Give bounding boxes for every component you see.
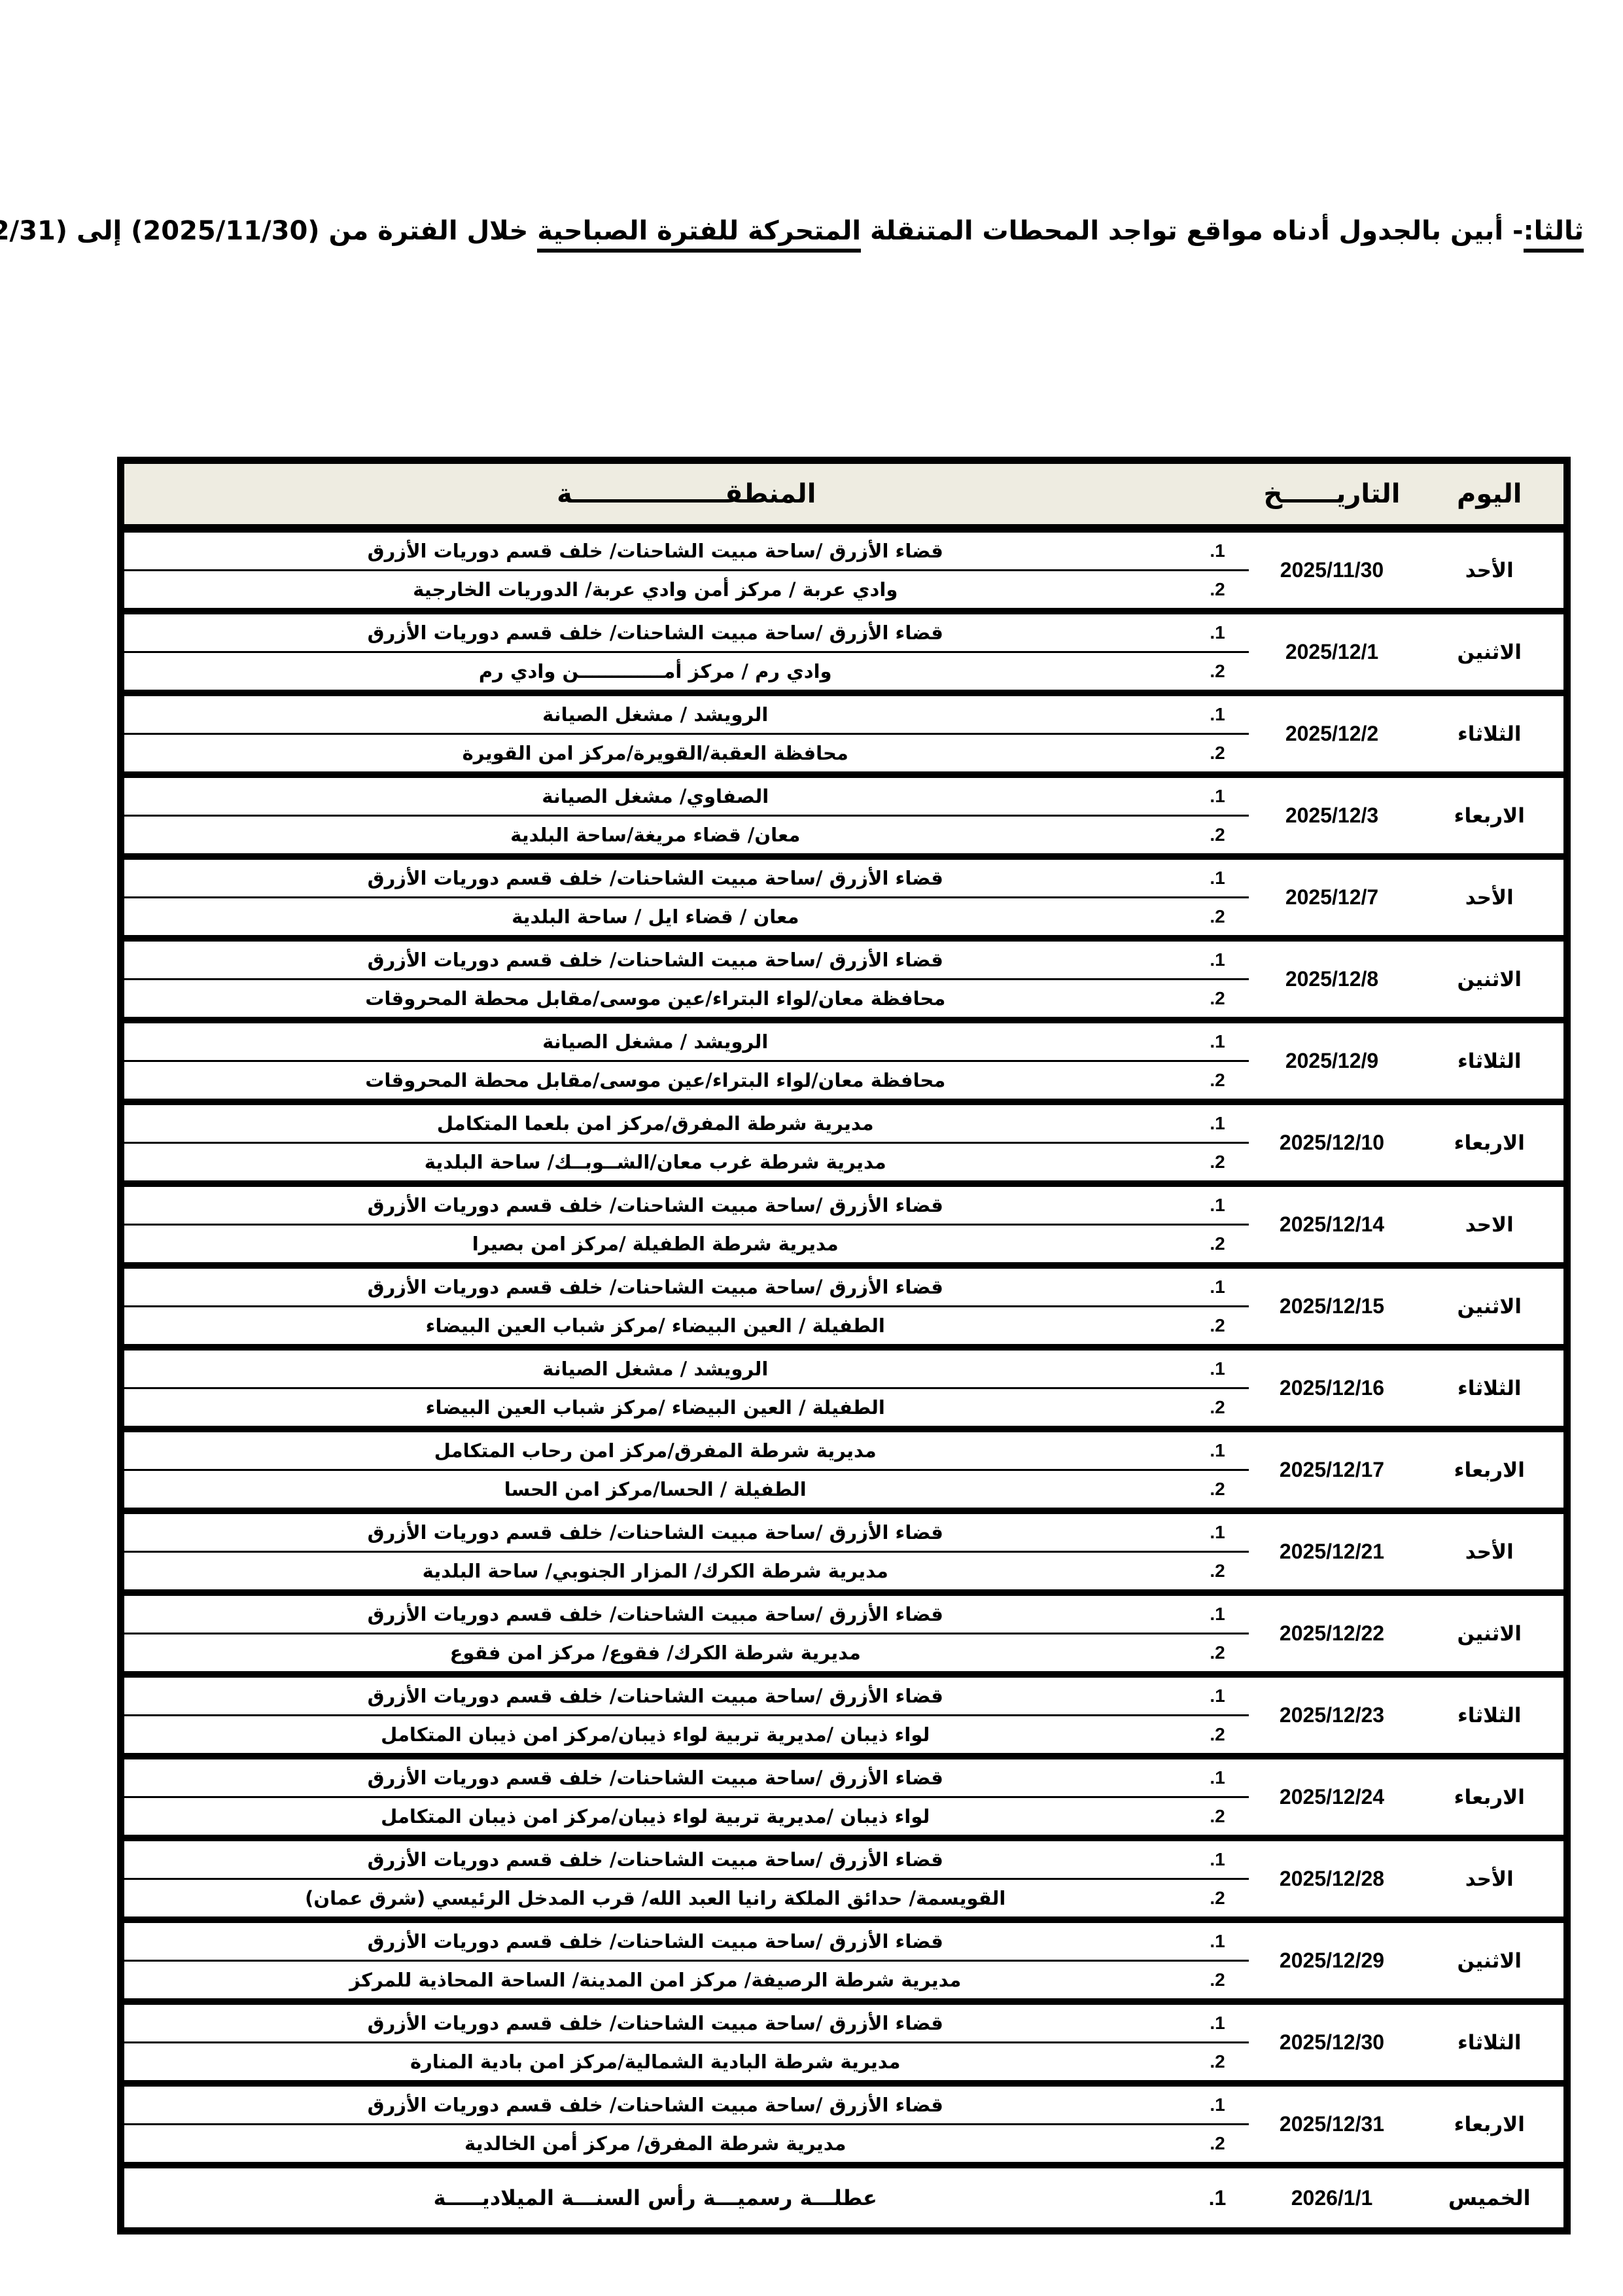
area-cell: قضاء الأزرق /ساحة مبيت الشاحنات/ خلف قسم… (121, 611, 1187, 652)
area-cell: مديرية شرطة المفرق/مركز امن بلعما المتكا… (121, 1102, 1187, 1143)
schedule-row: الاربعاء2025/12/3.1الصفاوي/ مشغل الصيانة (121, 775, 1567, 816)
date-cell: 2025/12/10 (1249, 1102, 1416, 1184)
row-number-cell: .1 (1187, 1511, 1249, 1552)
schedule-row: الاحد2025/12/14.1قضاء الأزرق /ساحة مبيت … (121, 1184, 1567, 1225)
date-cell: 2025/12/22 (1249, 1593, 1416, 1674)
schedule-row: الثلاثاء2025/12/30.1قضاء الأزرق /ساحة مب… (121, 2002, 1567, 2043)
day-cell: الثلاثاء (1416, 1347, 1567, 1429)
date-cell: 2025/12/28 (1249, 1838, 1416, 1920)
area-cell: قضاء الأزرق /ساحة مبيت الشاحنات/ خلف قسم… (121, 2083, 1187, 2125)
day-cell: الاثنين (1416, 1593, 1567, 1674)
row-number-cell-text: .2 (1210, 1888, 1225, 1908)
area-cell-text: قضاء الأزرق /ساحة مبيت الشاحنات/ خلف قسم… (368, 1194, 943, 1216)
area-cell: مديرية شرطة المفرق/ مركز أمن الخالدية (121, 2125, 1187, 2166)
date-cell-text: 2025/12/17 (1280, 1458, 1384, 1481)
schedule-table-body: الأحد2025/11/30.1قضاء الأزرق /ساحة مبيت … (121, 529, 1567, 2231)
area-cell: قضاء الأزرق /ساحة مبيت الشاحنات/ خلف قسم… (121, 938, 1187, 980)
area-cell: قضاء الأزرق /ساحة مبيت الشاحنات/ خلف قسم… (121, 529, 1187, 571)
day-cell-text: الاربعاء (1454, 1131, 1525, 1155)
day-cell: الثلاثاء (1416, 1674, 1567, 1756)
row-number-cell: .1 (1187, 1838, 1249, 1879)
row-number-cell-text: .1 (1210, 2013, 1225, 2033)
day-cell-text: الأحد (1465, 886, 1514, 910)
area-cell-text: لواء ذيبان /مديرية تربية لواء ذيبان/مركز… (381, 1805, 930, 1828)
date-cell-text: 2025/12/14 (1280, 1212, 1384, 1236)
header-date-text: التاريــــــخ (1264, 479, 1401, 509)
row-number-cell: .1 (1187, 857, 1249, 898)
area-cell-text: القويسمة/ حدائق الملكة رانيا العبد الله/… (305, 1887, 1005, 1909)
row-number-cell: .1 (1187, 1920, 1249, 1961)
row-number-cell: .2 (1187, 2043, 1249, 2084)
header-day-text: اليوم (1457, 479, 1522, 509)
schedule-row: الاربعاء2025/12/31.1قضاء الأزرق /ساحة مب… (121, 2083, 1567, 2125)
date-cell-text: 2025/12/22 (1280, 1621, 1384, 1645)
area-cell: مديرية شرطة الكرك/ المزار الجنوبي/ ساحة … (121, 1552, 1187, 1593)
area-cell-text: قضاء الأزرق /ساحة مبيت الشاحنات/ خلف قسم… (368, 540, 943, 562)
area-cell: الرويشد / مشغل الصيانة (121, 1020, 1187, 1061)
day-cell-text: الأحد (1465, 1867, 1514, 1891)
schedule-row: الخميس2026/1/1.1عطلـــة رسميـــة رأس الس… (121, 2165, 1567, 2231)
row-number-cell-text: .1 (1210, 1358, 1225, 1379)
row-number-cell: .2 (1187, 1225, 1249, 1266)
date-cell-text: 2025/12/8 (1285, 967, 1378, 991)
date-cell: 2025/12/17 (1249, 1429, 1416, 1511)
row-number-cell: .2 (1187, 816, 1249, 857)
schedule-row: الأحد2025/12/21.1قضاء الأزرق /ساحة مبيت … (121, 1511, 1567, 1552)
date-cell-text: 2025/12/31 (1280, 2112, 1384, 2136)
area-cell-text: الطفيلة / الحسا/مركز امن الحسا (504, 1478, 807, 1500)
day-cell-text: الاربعاء (1454, 2113, 1525, 2136)
area-cell: الطفيلة / الحسا/مركز امن الحسا (121, 1470, 1187, 1511)
day-cell: الاحد (1416, 1184, 1567, 1265)
row-number-cell: .1 (1187, 529, 1249, 571)
row-number-cell: .2 (1187, 1879, 1249, 1920)
row-number-cell-text: .1 (1210, 1277, 1225, 1297)
schedule-row: الاربعاء2025/12/17.1مديرية شرطة المفرق/م… (121, 1429, 1567, 1470)
area-cell: معان/ قضاء مريغة/ساحة البلدية (121, 816, 1187, 857)
date-cell-text: 2025/12/3 (1285, 804, 1378, 827)
row-number-cell: .2 (1187, 1470, 1249, 1511)
area-cell: مديرية شرطة البادية الشمالية/مركز امن با… (121, 2043, 1187, 2084)
row-number-cell: .2 (1187, 571, 1249, 612)
row-number-cell-text: .1 (1210, 622, 1225, 643)
row-number-cell: .1 (1187, 1347, 1249, 1388)
area-cell-text: لواء ذيبان /مديرية تربية لواء ذيبان/مركز… (381, 1723, 930, 1746)
area-cell: قضاء الأزرق /ساحة مبيت الشاحنات/ خلف قسم… (121, 2002, 1187, 2043)
date-cell-text: 2025/12/7 (1285, 885, 1378, 909)
area-cell: محافظة معان/لواء البتراء/عين موسى/مقابل … (121, 980, 1187, 1021)
row-number-cell-text: .1 (1210, 949, 1225, 970)
date-cell-text: 2025/12/24 (1280, 1785, 1384, 1809)
row-number-cell-text: .1 (1210, 1113, 1225, 1133)
area-cell: عطلـــة رسميـــة رأس السنـــة الميلاديــ… (121, 2165, 1187, 2231)
date-cell: 2025/12/30 (1249, 2002, 1416, 2083)
row-number-cell: .2 (1187, 1797, 1249, 1839)
date-cell: 2025/12/14 (1249, 1184, 1416, 1265)
day-cell: الأحد (1416, 857, 1567, 938)
day-cell: الاربعاء (1416, 2083, 1567, 2165)
area-cell: وادي رم / مركز أمـــــــــــــن وادي رم (121, 652, 1187, 694)
row-number-cell-text: .1 (1210, 704, 1225, 724)
date-cell: 2025/12/8 (1249, 938, 1416, 1020)
row-number-cell-text: .1 (1210, 1195, 1225, 1215)
area-cell-text: مديرية شرطة المفرق/مركز امن رحاب المتكام… (434, 1439, 877, 1462)
date-cell-text: 2025/12/9 (1285, 1049, 1378, 1072)
area-cell: مديرية شرطة الرصيفة/ مركز امن المدينة/ ا… (121, 1961, 1187, 2002)
row-number-cell: .1 (1187, 938, 1249, 980)
area-cell-text: قضاء الأزرق /ساحة مبيت الشاحنات/ خلف قسم… (368, 1767, 943, 1789)
date-cell-text: 2025/12/30 (1280, 2030, 1384, 2054)
date-cell: 2025/12/15 (1249, 1265, 1416, 1347)
row-number-cell: .1 (1187, 1020, 1249, 1061)
day-cell: الأحد (1416, 529, 1567, 612)
date-cell: 2025/12/2 (1249, 693, 1416, 775)
date-cell-text: 2025/12/23 (1280, 1703, 1384, 1727)
day-cell-text: الاثنين (1457, 641, 1522, 664)
day-cell: الاثنين (1416, 1920, 1567, 2002)
date-cell: 2025/12/1 (1249, 611, 1416, 693)
day-cell: الاربعاء (1416, 1429, 1567, 1511)
row-number-cell: .1 (1187, 2165, 1249, 2231)
row-number-cell: .2 (1187, 980, 1249, 1021)
area-cell-text: الرويشد / مشغل الصيانة (542, 1358, 768, 1380)
row-number-cell: .1 (1187, 1265, 1249, 1307)
day-cell-text: الثلاثاء (1457, 1704, 1522, 1727)
area-cell-text: مديرية شرطة المفرق/ مركز أمن الخالدية (464, 2132, 846, 2155)
date-cell: 2025/12/31 (1249, 2083, 1416, 2165)
schedule-row: الثلاثاء2025/12/16.1الرويشد / مشغل الصيا… (121, 1347, 1567, 1388)
schedule-row: الاثنين2025/12/29.1قضاء الأزرق /ساحة مبي… (121, 1920, 1567, 1961)
schedule-row: الأحد2025/12/28.1قضاء الأزرق /ساحة مبيت … (121, 1838, 1567, 1879)
row-number-cell-text: .2 (1210, 1152, 1225, 1172)
day-cell: الاثنين (1416, 1265, 1567, 1347)
area-cell-text: قضاء الأزرق /ساحة مبيت الشاحنات/ خلف قسم… (368, 1603, 943, 1625)
area-cell-text: الصفاوي/ مشغل الصيانة (542, 785, 769, 807)
row-number-cell-text: .1 (1210, 1440, 1225, 1460)
date-cell-text: 2025/12/15 (1280, 1294, 1384, 1318)
date-cell-text: 2025/12/1 (1285, 640, 1378, 663)
schedule-row: الأحد2025/11/30.1قضاء الأزرق /ساحة مبيت … (121, 529, 1567, 571)
date-cell: 2026/1/1 (1249, 2165, 1416, 2231)
date-cell-text: 2025/12/10 (1280, 1131, 1384, 1154)
row-number-cell: .1 (1187, 1756, 1249, 1797)
day-cell: الثلاثاء (1416, 693, 1567, 775)
row-number-cell: .2 (1187, 2125, 1249, 2166)
date-cell-text: 2025/11/30 (1280, 558, 1384, 582)
area-cell-text: الرويشد / مشغل الصيانة (542, 703, 768, 726)
schedule-row: الثلاثاء2025/12/2.1الرويشد / مشغل الصيان… (121, 693, 1567, 734)
schedule-row: الاثنين2025/12/15.1قضاء الأزرق /ساحة مبي… (121, 1265, 1567, 1307)
day-cell-text: الثلاثاء (1457, 722, 1522, 746)
date-cell: 2025/12/16 (1249, 1347, 1416, 1429)
row-number-cell-text: .2 (1210, 743, 1225, 763)
area-cell-text: مديرية شرطة الطفيلة /مركز امن بصيرا (472, 1233, 839, 1255)
area-cell: قضاء الأزرق /ساحة مبيت الشاحنات/ خلف قسم… (121, 1838, 1187, 1879)
area-cell: قضاء الأزرق /ساحة مبيت الشاحنات/ خلف قسم… (121, 1511, 1187, 1552)
date-cell: 2025/12/7 (1249, 857, 1416, 938)
day-cell-text: الاحد (1465, 1213, 1514, 1237)
area-cell-text: مديرية شرطة الرصيفة/ مركز امن المدينة/ ا… (349, 1969, 961, 1991)
day-cell-text: الاثنين (1457, 1295, 1522, 1318)
area-cell-text: محافظة معان/لواء البتراء/عين موسى/مقابل … (365, 987, 945, 1010)
area-cell: مديرية شرطة المفرق/مركز امن رحاب المتكام… (121, 1429, 1187, 1470)
row-number-cell-text: .1 (1210, 1604, 1225, 1624)
date-cell: 2025/12/29 (1249, 1920, 1416, 2002)
date-cell-text: 2025/12/16 (1280, 1376, 1384, 1400)
row-number-cell: .1 (1187, 693, 1249, 734)
area-cell: محافظة معان/لواء البتراء/عين موسى/مقابل … (121, 1061, 1187, 1103)
area-cell-text: قضاء الأزرق /ساحة مبيت الشاحنات/ خلف قسم… (368, 622, 943, 644)
area-cell-text: قضاء الأزرق /ساحة مبيت الشاحنات/ خلف قسم… (368, 1930, 943, 1952)
area-cell: الرويشد / مشغل الصيانة (121, 1347, 1187, 1388)
row-number-cell: .1 (1187, 1593, 1249, 1634)
header-date: التاريــــــخ (1249, 461, 1416, 529)
day-cell-text: الاثنين (1457, 1622, 1522, 1646)
date-cell: 2025/12/23 (1249, 1674, 1416, 1756)
row-number-cell: .2 (1187, 1388, 1249, 1430)
row-number-cell-text: .1 (1210, 1849, 1225, 1869)
day-cell: الاربعاء (1416, 775, 1567, 857)
area-cell: مديرية شرطة الطفيلة /مركز امن بصيرا (121, 1225, 1187, 1266)
day-cell-text: الاثنين (1457, 968, 1522, 991)
row-number-cell-text: .2 (1210, 824, 1225, 845)
header-day: اليوم (1416, 461, 1567, 529)
area-cell-text: الطفيلة / العين البيضاء /مركز شباب العين… (426, 1315, 885, 1337)
row-number-cell-text: .1 (1210, 1686, 1225, 1706)
row-number-cell: .2 (1187, 1552, 1249, 1593)
row-number-cell: .1 (1187, 611, 1249, 652)
row-number-cell: .2 (1187, 1307, 1249, 1348)
row-number-cell-text: .2 (1210, 1070, 1225, 1090)
area-cell-text: عطلـــة رسميـــة رأس السنـــة الميلاديــ… (434, 2185, 877, 2210)
area-cell-text: محافظة معان/لواء البتراء/عين موسى/مقابل … (365, 1069, 945, 1091)
row-number-cell-text: .1 (1210, 2094, 1225, 2115)
date-cell-text: 2025/12/21 (1280, 1540, 1384, 1563)
heading-intro-text: - أبين بالجدول أدناه مواقع تواجد المحطات… (861, 216, 1523, 246)
schedule-row: الاثنين2025/12/22.1قضاء الأزرق /ساحة مبي… (121, 1593, 1567, 1634)
area-cell: لواء ذيبان /مديرية تربية لواء ذيبان/مركز… (121, 1716, 1187, 1757)
day-cell-text: الاربعاء (1454, 1458, 1525, 1482)
row-number-cell-text: .2 (1210, 2133, 1225, 2153)
area-cell: قضاء الأزرق /ساحة مبيت الشاحنات/ خلف قسم… (121, 857, 1187, 898)
row-number-cell-text: .1 (1210, 1522, 1225, 1542)
row-number-cell-text: .1 (1210, 540, 1225, 561)
date-cell-text: 2025/12/29 (1280, 1949, 1384, 1972)
day-cell-text: الخميس (1448, 2185, 1531, 2210)
area-cell: قضاء الأزرق /ساحة مبيت الشاحنات/ خلف قسم… (121, 1674, 1187, 1716)
row-number-cell-text: .1 (1210, 868, 1225, 888)
area-cell: لواء ذيبان /مديرية تربية لواء ذيبان/مركز… (121, 1797, 1187, 1839)
day-cell-text: الأحد (1465, 1540, 1514, 1564)
area-cell-text: مديرية شرطة الكرك/ المزار الجنوبي/ ساحة … (423, 1560, 888, 1582)
row-number-cell-text: .2 (1210, 906, 1225, 927)
row-number-cell: .1 (1187, 2083, 1249, 2125)
area-cell: مديرية شرطة غرب معان/الشــوبــك/ ساحة ال… (121, 1143, 1187, 1184)
area-cell-text: الرويشد / مشغل الصيانة (542, 1031, 768, 1053)
area-cell-text: قضاء الأزرق /ساحة مبيت الشاحنات/ خلف قسم… (368, 2094, 943, 2116)
row-number-cell-text: .1 (1209, 2186, 1227, 2210)
row-number-cell: .2 (1187, 1716, 1249, 1757)
row-number-cell-text: .2 (1210, 579, 1225, 599)
area-cell-text: مديرية شرطة غرب معان/الشــوبــك/ ساحة ال… (425, 1151, 886, 1173)
area-cell-text: قضاء الأزرق /ساحة مبيت الشاحنات/ خلف قسم… (368, 1521, 943, 1544)
area-cell: قضاء الأزرق /ساحة مبيت الشاحنات/ خلف قسم… (121, 1184, 1187, 1225)
day-cell-text: الاثنين (1457, 1949, 1522, 1973)
area-cell: معان / قضاء ايل / ساحة البلدية (121, 898, 1187, 939)
area-cell: الصفاوي/ مشغل الصيانة (121, 775, 1187, 816)
row-number-cell-text: .2 (1210, 1561, 1225, 1581)
row-number-cell: .2 (1187, 1961, 1249, 2002)
table-header-row: اليوم التاريــــــخ المنطقــــــــــــــ… (121, 461, 1567, 529)
schedule-row: الأحد2025/12/7.1قضاء الأزرق /ساحة مبيت ا… (121, 857, 1567, 898)
day-cell: الثلاثاء (1416, 2002, 1567, 2083)
area-cell: وادي عربة / مركز أمن وادي عربة/ الدوريات… (121, 571, 1187, 612)
area-cell-text: قضاء الأزرق /ساحة مبيت الشاحنات/ خلف قسم… (368, 1276, 943, 1298)
row-number-cell-text: .1 (1210, 1931, 1225, 1951)
day-cell: الخميس (1416, 2165, 1567, 2231)
area-cell-text: قضاء الأزرق /ساحة مبيت الشاحنات/ خلف قسم… (368, 2012, 943, 2034)
area-cell: الطفيلة / العين البيضاء /مركز شباب العين… (121, 1307, 1187, 1348)
schedule-row: الاربعاء2025/12/10.1مديرية شرطة المفرق/م… (121, 1102, 1567, 1143)
row-number-cell: .2 (1187, 1634, 1249, 1675)
row-number-cell-text: .2 (1210, 1233, 1225, 1254)
day-cell-text: الاربعاء (1454, 1786, 1525, 1809)
row-number-cell: .1 (1187, 775, 1249, 816)
heading-underlined-phrase: المتحركة للفترة الصباحية (537, 216, 861, 253)
schedule-row: الثلاثاء2025/12/9.1الرويشد / مشغل الصيان… (121, 1020, 1567, 1061)
area-cell: القويسمة/ حدائق الملكة رانيا العبد الله/… (121, 1879, 1187, 1920)
area-cell-text: مديرية شرطة الكرك/ فقوع/ مركز امن فقوع (450, 1642, 861, 1664)
area-cell-text: قضاء الأزرق /ساحة مبيت الشاحنات/ خلف قسم… (368, 949, 943, 971)
area-cell: الرويشد / مشغل الصيانة (121, 693, 1187, 734)
header-area: المنطقـــــــــــــــــة (121, 461, 1249, 529)
area-cell-text: قضاء الأزرق /ساحة مبيت الشاحنات/ خلف قسم… (368, 867, 943, 889)
area-cell: مديرية شرطة الكرك/ فقوع/ مركز امن فقوع (121, 1634, 1187, 1675)
day-cell: الثلاثاء (1416, 1020, 1567, 1102)
section-heading: ثالثا:- أبين بالجدول أدناه مواقع تواجد ا… (0, 216, 1584, 246)
area-cell-text: قضاء الأزرق /ساحة مبيت الشاحنات/ خلف قسم… (368, 1685, 943, 1707)
day-cell: الاربعاء (1416, 1102, 1567, 1184)
row-number-cell-text: .2 (1210, 2051, 1225, 2072)
date-cell: 2025/12/9 (1249, 1020, 1416, 1102)
day-cell: الاربعاء (1416, 1756, 1567, 1838)
area-cell-text: محافظة العقبة/القويرة/مركز امن القويرة (462, 742, 848, 764)
area-cell-text: الطفيلة / العين البيضاء /مركز شباب العين… (426, 1396, 885, 1419)
heading-period-range: خلال الفترة من (2025/11/30) إلى (2025/12… (0, 216, 537, 246)
row-number-cell-text: .2 (1210, 1315, 1225, 1335)
row-number-cell-text: .2 (1210, 1642, 1225, 1663)
area-cell: محافظة العقبة/القويرة/مركز امن القويرة (121, 734, 1187, 775)
area-cell: قضاء الأزرق /ساحة مبيت الشاحنات/ خلف قسم… (121, 1920, 1187, 1961)
area-cell-text: وادي رم / مركز أمـــــــــــــن وادي رم (479, 660, 832, 682)
row-number-cell: .2 (1187, 1061, 1249, 1103)
row-number-cell-text: .2 (1210, 1397, 1225, 1417)
row-number-cell: .1 (1187, 1429, 1249, 1470)
area-cell-text: مديرية شرطة المفرق/مركز امن بلعما المتكا… (437, 1112, 874, 1135)
row-number-cell: .1 (1187, 2002, 1249, 2043)
row-number-cell: .2 (1187, 898, 1249, 939)
area-cell: قضاء الأزرق /ساحة مبيت الشاحنات/ خلف قسم… (121, 1265, 1187, 1307)
row-number-cell: .1 (1187, 1184, 1249, 1225)
document-page: ثالثا:- أبين بالجدول أدناه مواقع تواجد ا… (0, 0, 1623, 2296)
date-cell: 2025/11/30 (1249, 529, 1416, 612)
day-cell: الاثنين (1416, 611, 1567, 693)
row-number-cell: .2 (1187, 734, 1249, 775)
area-cell-text: وادي عربة / مركز أمن وادي عربة/ الدوريات… (413, 578, 898, 601)
row-number-cell: .2 (1187, 1143, 1249, 1184)
day-cell: الاثنين (1416, 938, 1567, 1020)
mobile-stations-schedule-table: اليوم التاريــــــخ المنطقــــــــــــــ… (117, 457, 1571, 2234)
date-cell-text: 2025/12/28 (1280, 1867, 1384, 1890)
row-number-cell-text: .2 (1210, 1724, 1225, 1744)
area-cell-text: معان / قضاء ايل / ساحة البلدية (512, 906, 799, 928)
row-number-cell: .1 (1187, 1674, 1249, 1716)
schedule-row: الاثنين2025/12/8.1قضاء الأزرق /ساحة مبيت… (121, 938, 1567, 980)
day-cell-text: الأحد (1465, 559, 1514, 582)
area-cell-text: قضاء الأزرق /ساحة مبيت الشاحنات/ خلف قسم… (368, 1848, 943, 1871)
day-cell-text: الاربعاء (1454, 804, 1525, 828)
schedule-row: الثلاثاء2025/12/23.1قضاء الأزرق /ساحة مب… (121, 1674, 1567, 1716)
day-cell: الأحد (1416, 1838, 1567, 1920)
schedule-row: الاربعاء2025/12/24.1قضاء الأزرق /ساحة مب… (121, 1756, 1567, 1797)
row-number-cell-text: .2 (1210, 1479, 1225, 1499)
row-number-cell-text: .1 (1210, 1767, 1225, 1788)
row-number-cell-text: .2 (1210, 1806, 1225, 1826)
date-cell-text: 2025/12/2 (1285, 722, 1378, 745)
day-cell-text: الثلاثاء (1457, 1377, 1522, 1400)
day-cell-text: الثلاثاء (1457, 1050, 1522, 1073)
row-number-cell-text: .1 (1210, 1031, 1225, 1051)
row-number-cell-text: .2 (1210, 1969, 1225, 1990)
row-number-cell: .1 (1187, 1102, 1249, 1143)
heading-thirdly-label: ثالثا: (1524, 216, 1584, 253)
date-cell: 2025/12/24 (1249, 1756, 1416, 1838)
date-cell: 2025/12/3 (1249, 775, 1416, 857)
row-number-cell-text: .2 (1210, 661, 1225, 681)
area-cell: قضاء الأزرق /ساحة مبيت الشاحنات/ خلف قسم… (121, 1756, 1187, 1797)
header-area-text: المنطقـــــــــــــــــة (557, 479, 816, 509)
row-number-cell: .2 (1187, 652, 1249, 694)
date-cell-text: 2026/1/1 (1291, 2186, 1373, 2210)
row-number-cell-text: .2 (1210, 988, 1225, 1008)
date-cell: 2025/12/21 (1249, 1511, 1416, 1593)
schedule-row: الاثنين2025/12/1.1قضاء الأزرق /ساحة مبيت… (121, 611, 1567, 652)
row-number-cell-text: .1 (1210, 786, 1225, 806)
area-cell-text: معان/ قضاء مريغة/ساحة البلدية (510, 824, 800, 846)
day-cell: الأحد (1416, 1511, 1567, 1593)
area-cell: الطفيلة / العين البيضاء /مركز شباب العين… (121, 1388, 1187, 1430)
day-cell-text: الثلاثاء (1457, 2031, 1522, 2055)
area-cell-text: مديرية شرطة البادية الشمالية/مركز امن با… (410, 2051, 900, 2073)
area-cell: قضاء الأزرق /ساحة مبيت الشاحنات/ خلف قسم… (121, 1593, 1187, 1634)
